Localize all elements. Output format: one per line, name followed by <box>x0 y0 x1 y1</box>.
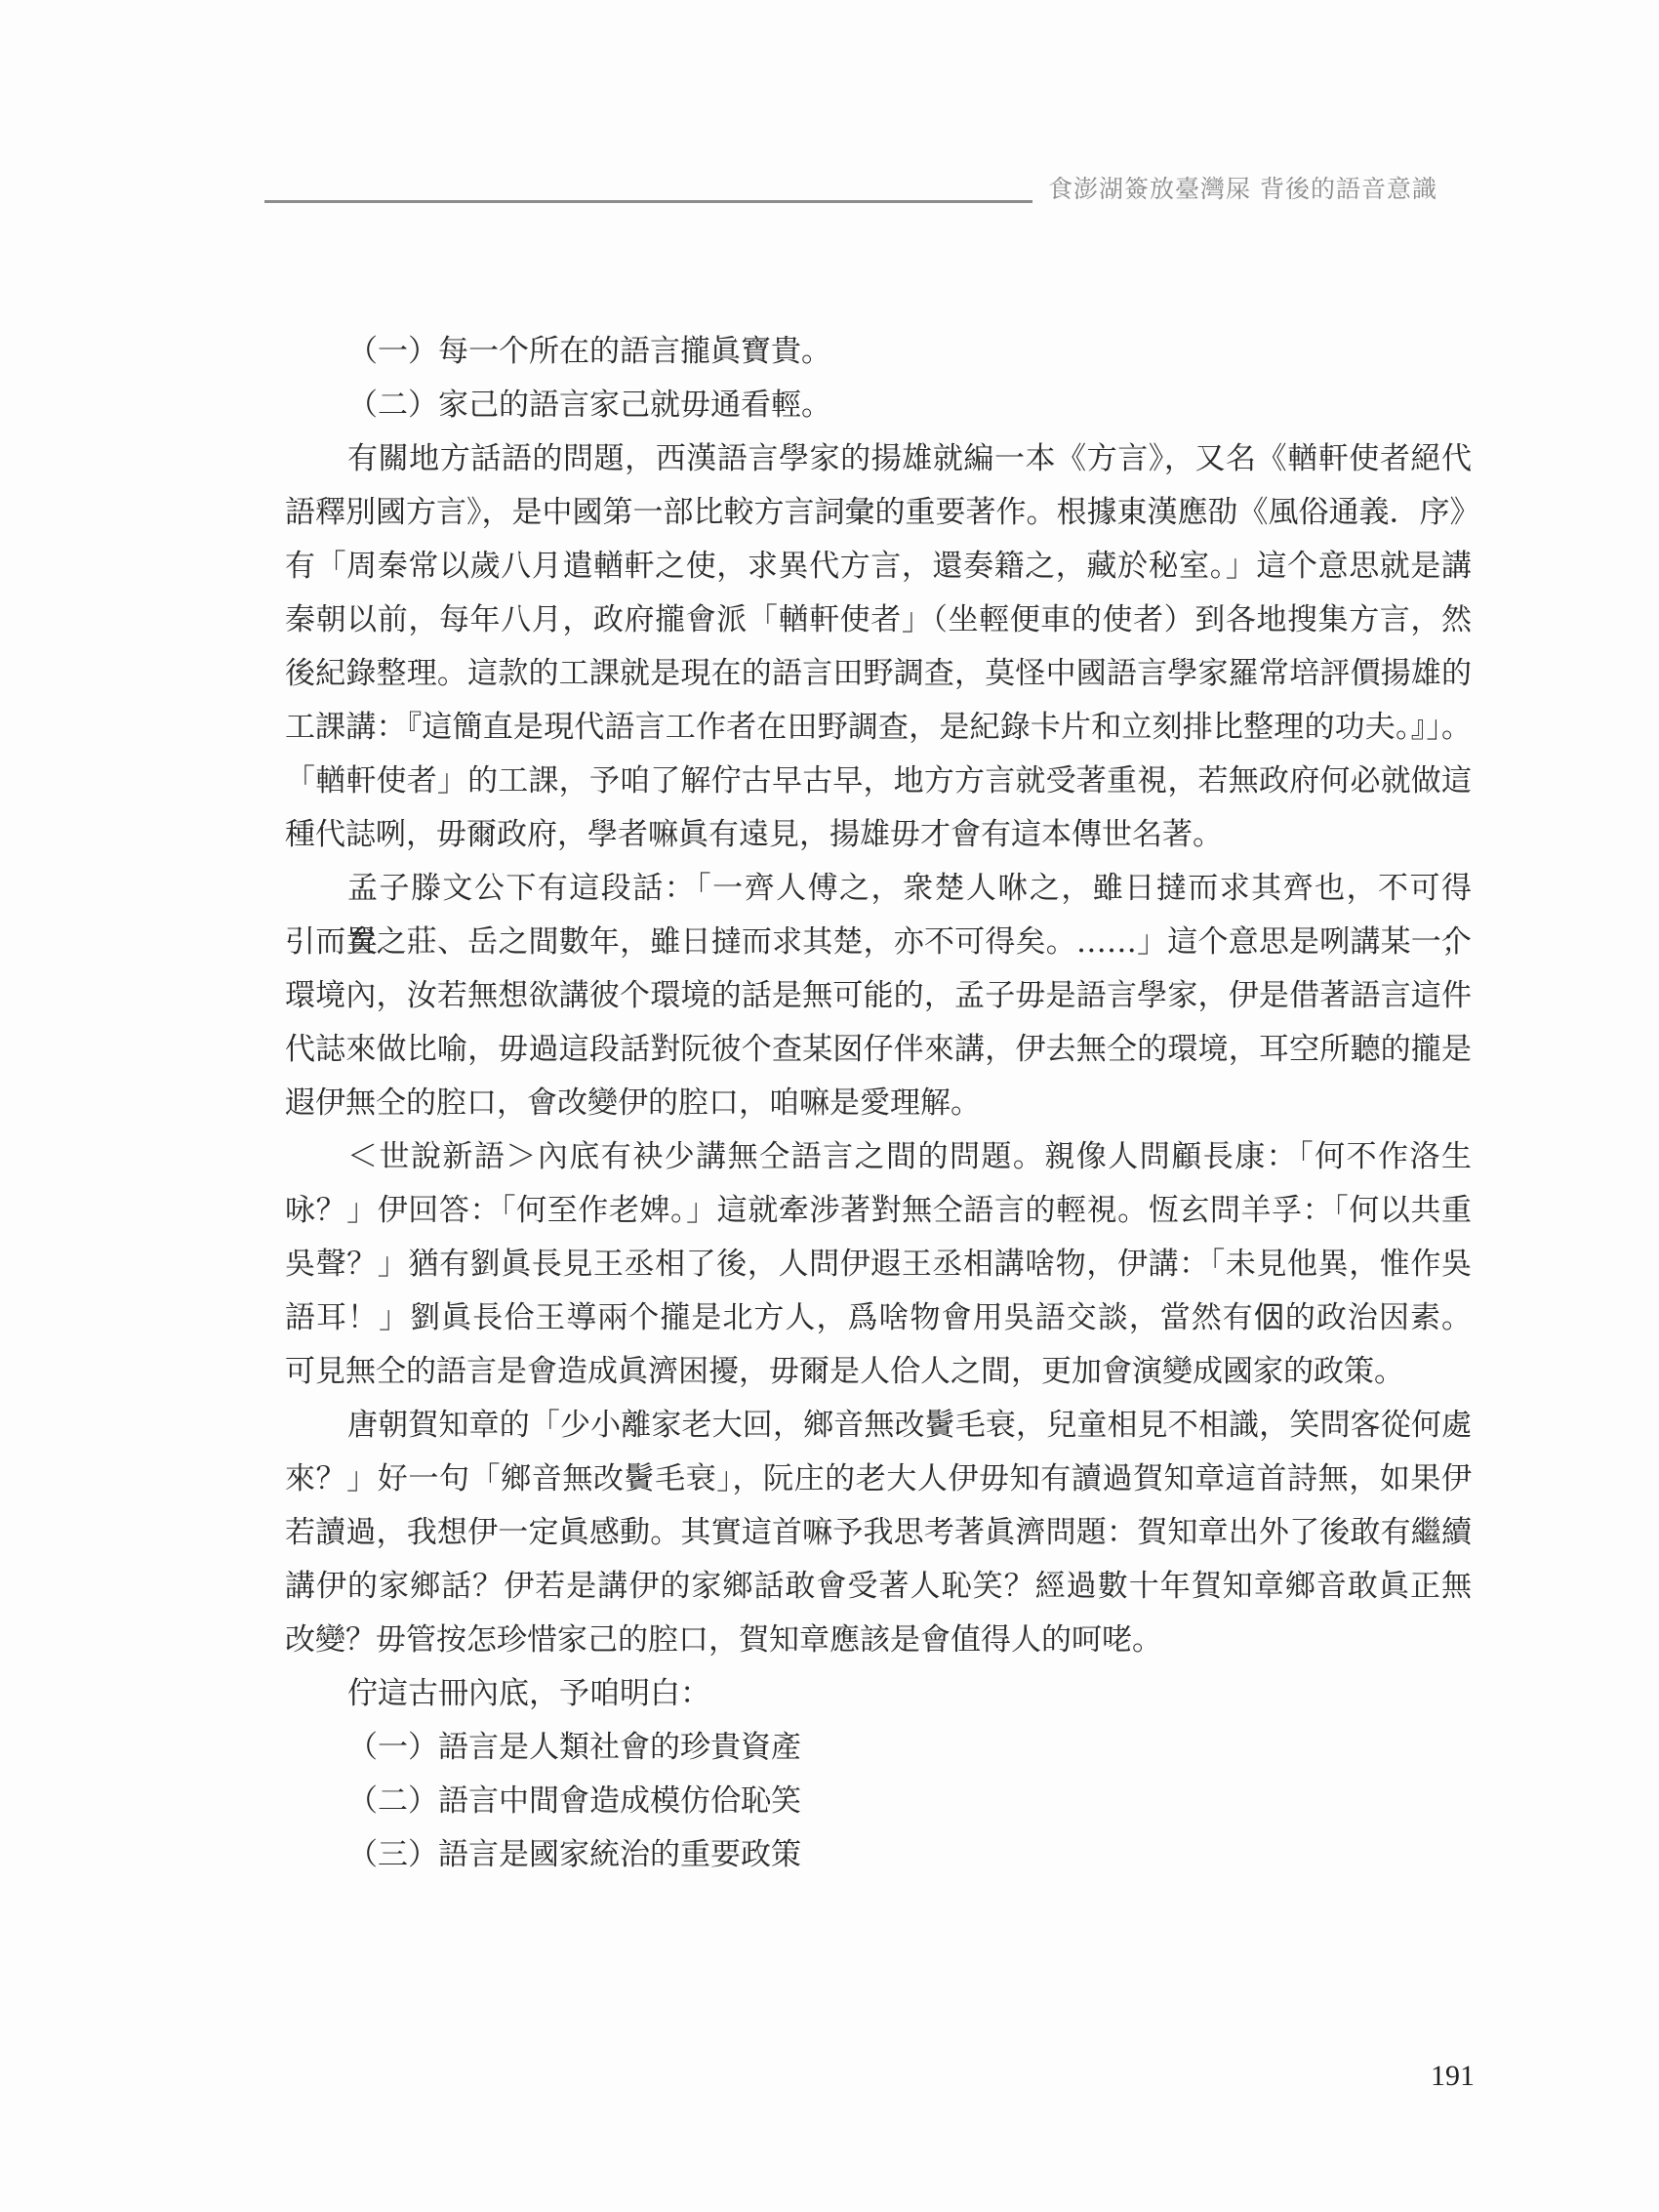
paragraph-line: 有「周秦常以歲八月遣輶軒之使，求異代方言，還奏籍之，藏於秘室。」這个意思就是講 <box>285 540 1472 594</box>
paragraph-line: 唐朝賀知章的「少小離家老大回，鄉音無改鬢毛衰，兒童相見不相識，笑問客從何處 <box>347 1399 1472 1453</box>
paragraph-line: 有關地方話語的問題，西漢語言學家的揚雄就編一本《方言》，又名《輶軒使者絕代 <box>347 432 1472 486</box>
paragraph-line: 咏？」伊回答：「何至作老婢。」這就牽涉著對無仝語言的輕視。恆玄問羊孚：「何以共重 <box>285 1184 1472 1238</box>
running-header-title: 食澎湖簽放臺灣屎 背後的語音意識 <box>1048 174 1437 205</box>
paragraph-line: 代誌來做比喻，毋過這段話對阮彼个查某囡仔伴來講，伊去無仝的環境，耳空所聽的攏是 <box>285 1023 1472 1077</box>
intro-list-item: （一）每一个所在的語言攏眞寶貴。 <box>347 325 1472 379</box>
paragraph-line: 吳聲？」猶有劉眞長見王丞相了後，人問伊遐王丞相講啥物，伊講：「未見他異，惟作吳 <box>285 1238 1472 1291</box>
closing-list-item: （一）語言是人類社會的珍貴資產 <box>347 1721 1472 1775</box>
paragraph-line: 工課講：『這簡直是現代語言工作者在田野調查，是紀錄卡片和立刻排比整理的功夫。』」… <box>285 701 1472 755</box>
paragraph-line: 遐伊無仝的腔口，會改變伊的腔口，咱嘛是愛理解。 <box>285 1077 1472 1130</box>
header-rule <box>264 200 1032 203</box>
intro-list-item: （二）家己的語言家己就毋通看輕。 <box>347 379 1472 432</box>
paragraph-line: 若讀過，我想伊一定眞感動。其實這首嘛予我思考著眞濟問題：賀知章出外了後敢有繼續 <box>285 1506 1472 1560</box>
paragraph-line: 講伊的家鄉話？伊若是講伊的家鄉話敢會受著人恥笑？經過數十年賀知章鄉音敢眞正無 <box>285 1560 1472 1614</box>
paragraph-line: 秦朝以前，每年八月，政府攏會派「輶軒使者」（坐輕便車的使者）到各地搜集方言，然 <box>285 594 1472 647</box>
paragraph-line: 佇這古冊內底，予咱明白： <box>347 1667 1472 1721</box>
paragraph-line: 語耳！」劉眞長佮王導兩个攏是北方人，爲啥物會用吳語交談，當然有𪜶的政治因素。 <box>285 1291 1472 1345</box>
paragraph-line: 種代誌咧，毋爾政府，學者嘛眞有遠見，揚雄毋才會有這本傳世名著。 <box>285 808 1472 862</box>
book-page: 食澎湖簽放臺灣屎 背後的語音意識 （一）每一个所在的語言攏眞寶貴。 （二）家己的… <box>0 0 1659 2212</box>
closing-list-item: （三）語言是國家統治的重要政策 <box>347 1828 1472 1882</box>
paragraph-line: ＜世說新語＞內底有袂少講無仝語言之間的問題。親像人問顧長康：「何不作洛生 <box>347 1130 1472 1184</box>
paragraph-line: 引而置之莊、岳之間數年，雖日撻而求其楚，亦不可得矣。……」這个意思是咧講某一个 <box>285 916 1472 969</box>
paragraph-line: 「輶軒使者」的工課，予咱了解佇古早古早，地方方言就受著重視，若無政府何必就做這 <box>285 755 1472 808</box>
paragraph-line: 環境內，汝若無想欲講彼个環境的話是無可能的，孟子毋是語言學家，伊是借著語言這件 <box>285 969 1472 1023</box>
paragraph-line: 改變？毋管按怎珍惜家己的腔口，賀知章應該是會值得人的呵咾。 <box>285 1614 1472 1667</box>
paragraph-line: 可見無仝的語言是會造成眞濟困擾，毋爾是人佮人之間，更加會演變成國家的政策。 <box>285 1345 1472 1399</box>
paragraph-line: 來？」好一句「鄉音無改鬢毛衰」，阮庄的老大人伊毋知有讀過賀知章這首詩無，如果伊 <box>285 1453 1472 1506</box>
page-number: 191 <box>1431 2060 1475 2093</box>
paragraph-line: 語釋別國方言》，是中國第一部比較方言詞彙的重要著作。根據東漢應劭《風俗通義．序》 <box>285 486 1472 540</box>
closing-list-item: （二）語言中間會造成模仿佮恥笑 <box>347 1775 1472 1828</box>
paragraph-line: 孟子滕文公下有這段話：「一齊人傅之，衆楚人咻之，雖日撻而求其齊也，不可得矣； <box>347 862 1472 916</box>
paragraph-line: 後紀錄整理。這款的工課就是現在的語言田野調查，莫怪中國語言學家羅常培評價揚雄的 <box>285 647 1472 701</box>
